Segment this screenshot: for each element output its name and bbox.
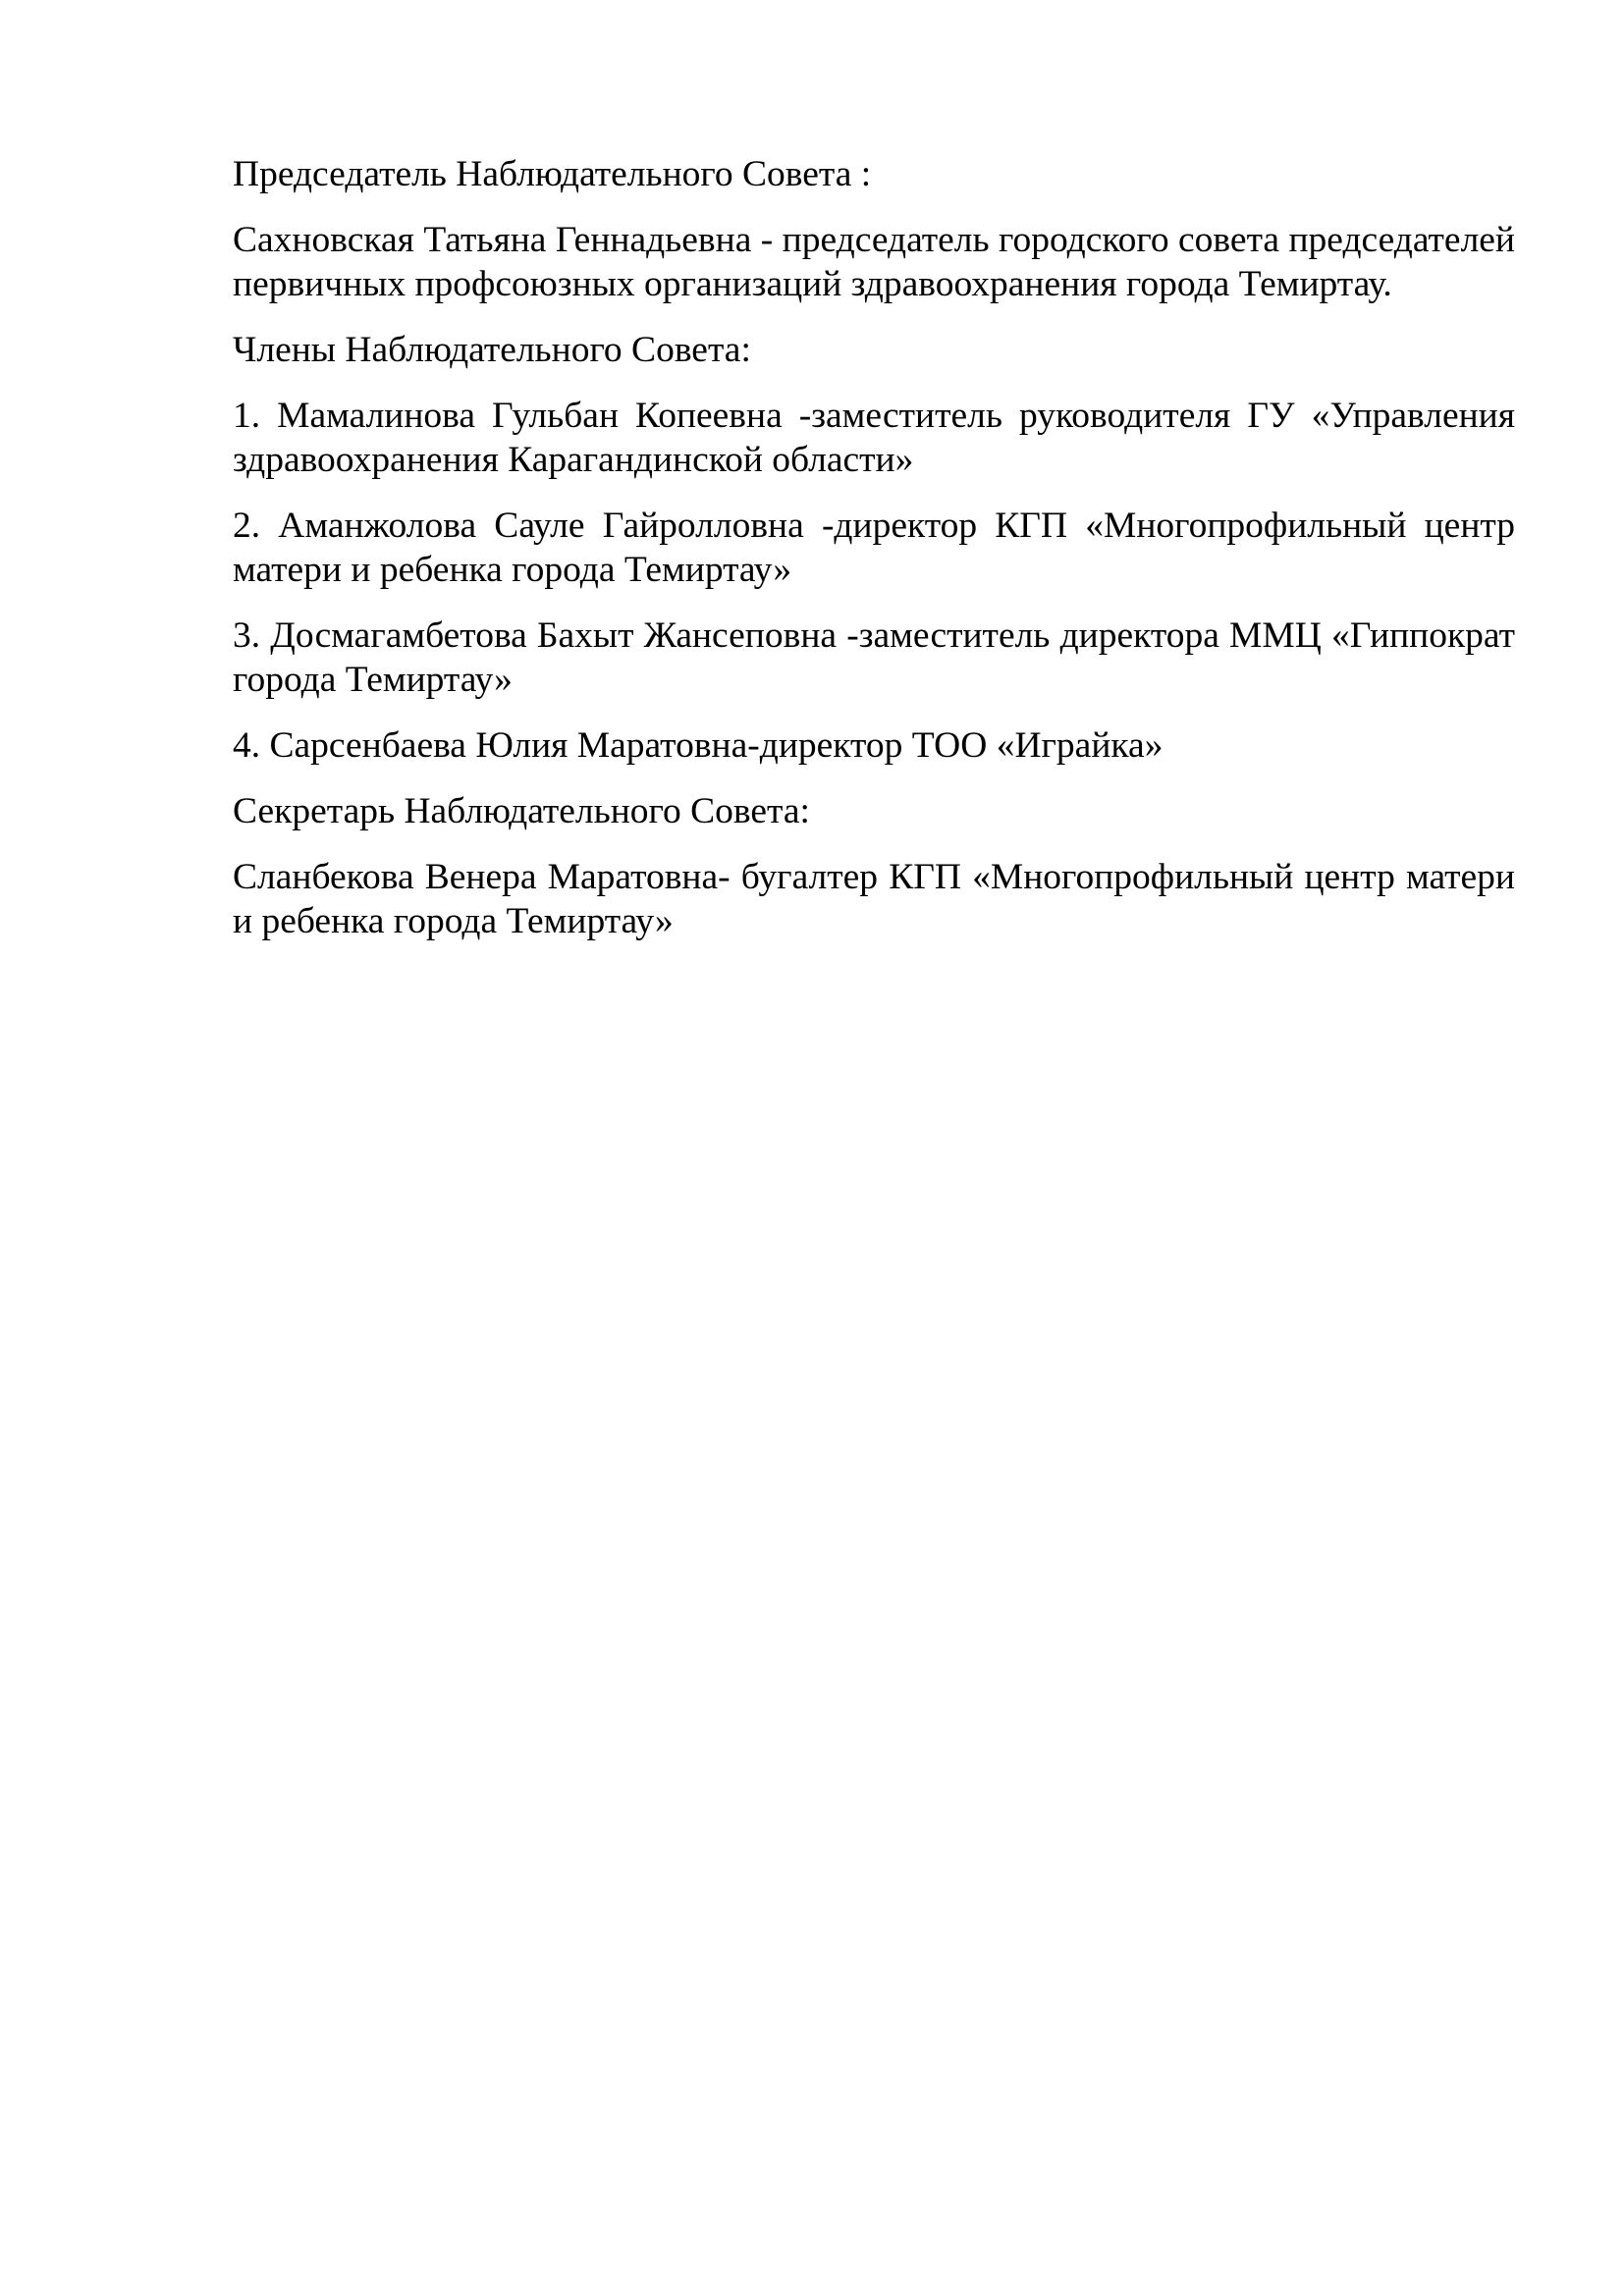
chair-heading: Председатель Наблюдательного Совета : bbox=[233, 152, 1515, 196]
secretary-heading: Секретарь Наблюдательного Совета: bbox=[233, 789, 1515, 833]
secretary-text: Сланбекова Венера Маратовна- бугалтер КГ… bbox=[233, 855, 1515, 943]
member-item: 1. Мамалинова Гульбан Копеевна -заместит… bbox=[233, 394, 1515, 482]
chair-text: Сахновская Татьяна Геннадьевна - председ… bbox=[233, 218, 1515, 306]
member-item: 3. Досмагамбетова Бахыт Жансеповна -заме… bbox=[233, 614, 1515, 702]
member-item: 2. Аманжолова Сауле Гайролловна -директо… bbox=[233, 504, 1515, 592]
members-heading: Члены Наблюдательного Совета: bbox=[233, 328, 1515, 372]
document-page: Председатель Наблюдательного Совета : Са… bbox=[233, 152, 1515, 965]
member-item: 4. Сарсенбаева Юлия Маратовна-директор Т… bbox=[233, 723, 1515, 768]
